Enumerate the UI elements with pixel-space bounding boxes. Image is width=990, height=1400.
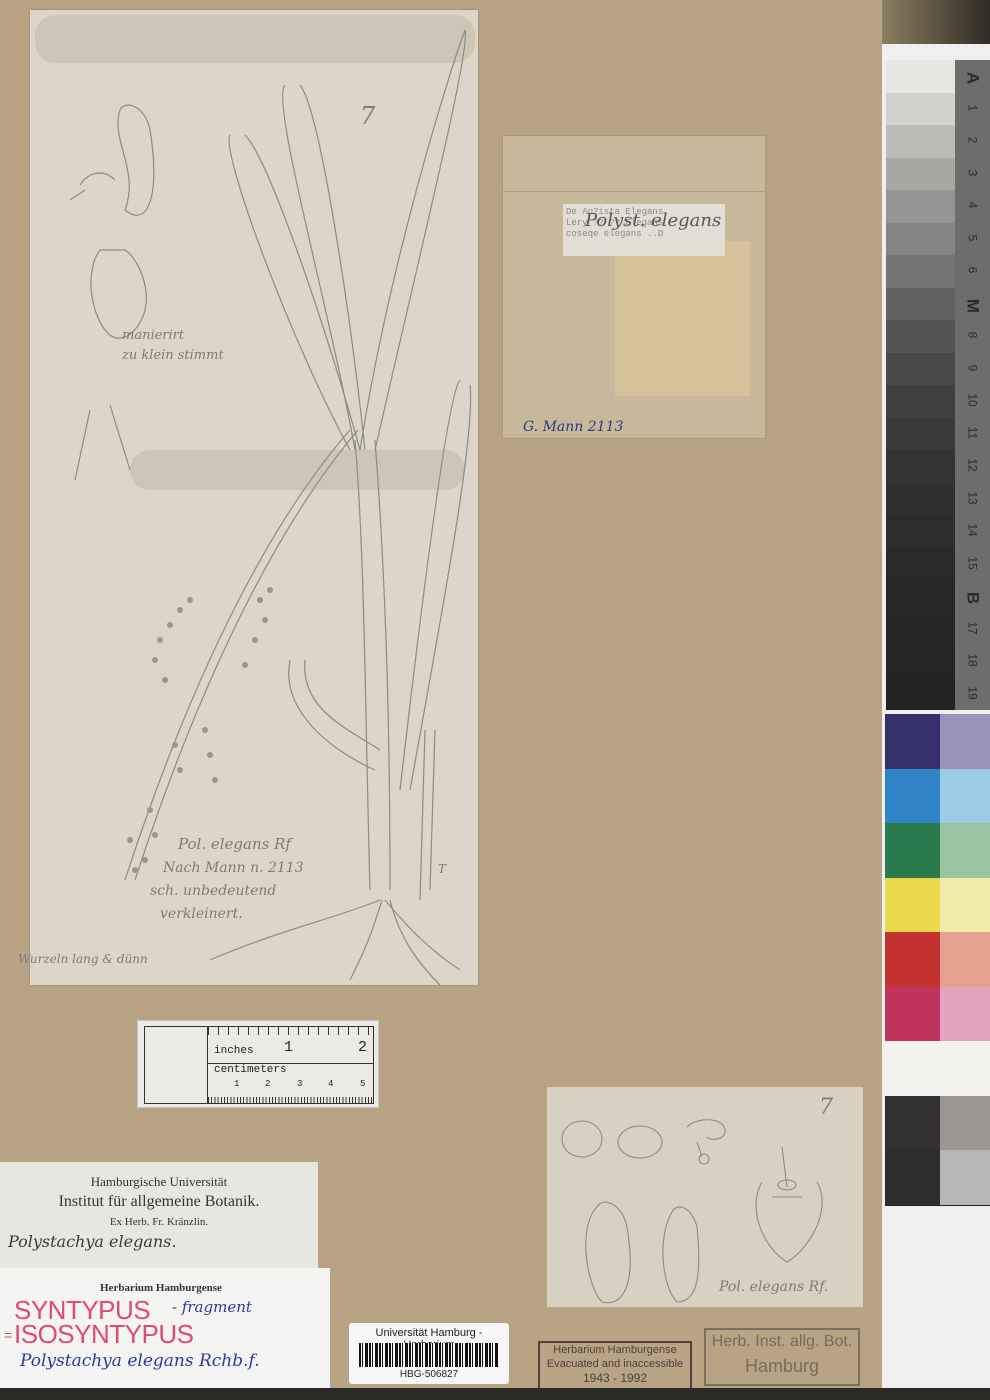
envelope-handwritten-name: Polyst. elegans <box>585 210 721 231</box>
inch-mark-2: 2 <box>358 1039 367 1056</box>
gray-patch-label: 6 <box>966 253 980 288</box>
herbarium-handwritten-name: Polystachya elegans Rchb.f. <box>20 1351 260 1371</box>
institute-university: Hamburgische Universität <box>0 1174 318 1190</box>
gray-patch-label: 17 <box>966 610 980 645</box>
card-caption: Pol. elegans Rf. <box>719 1279 828 1295</box>
gray-patch <box>886 678 955 711</box>
gray-patch-label: 2 <box>966 123 980 158</box>
gray-patch <box>886 645 955 678</box>
floral-dissection-card: 7 Pol. elegans Rf. <box>547 1087 863 1307</box>
evacuated-stamp-line1: Herbarium Hamburgense <box>540 1343 690 1357</box>
barcode-label: Universität Hamburg - Herbarium HBG-5068… <box>349 1323 509 1384</box>
gray-patch-label: 3 <box>966 155 980 190</box>
note-top-line2: zu klein stimmt <box>122 348 224 363</box>
gray-patch-label: 5 <box>966 220 980 255</box>
sheet-number: 7 <box>360 102 375 130</box>
gray-patch-label: 1 <box>966 90 980 125</box>
gray-patch <box>886 353 955 386</box>
gray-patch-label: 14 <box>966 513 980 548</box>
gray-patch <box>886 483 955 516</box>
ruler-blank-area <box>145 1027 208 1103</box>
gray-patch <box>886 320 955 353</box>
scan-edge-shadow <box>0 1388 990 1400</box>
cm-mark-4: 4 <box>328 1079 333 1089</box>
gray-patch <box>886 223 955 256</box>
color-patch-light <box>940 878 990 934</box>
herbarium-label-title: Herbarium Hamburgense <box>100 1282 222 1294</box>
barcode-number: HBG-506827 <box>349 1369 509 1380</box>
color-patch-light <box>940 1096 990 1152</box>
cm-mark-2: 2 <box>265 1079 270 1089</box>
color-patch-dark <box>885 1096 940 1152</box>
gray-patch-label: 18 <box>966 643 980 678</box>
fragment-envelope: De Ap?ista Elegans Lery ?? ?? Elegans co… <box>502 135 766 439</box>
color-patch-dark <box>885 987 940 1043</box>
gray-patch <box>886 613 955 646</box>
gray-patch-label: 11 <box>966 415 980 450</box>
inches-label: inches <box>214 1045 254 1057</box>
gray-patch <box>886 548 955 581</box>
color-patch-dark <box>885 932 940 988</box>
gray-patch-label: 4 <box>966 188 980 223</box>
inch-ticks <box>208 1027 373 1035</box>
color-patch-light <box>940 932 990 988</box>
evacuated-stamp-line2: Evacuated and inaccessible <box>540 1357 690 1371</box>
color-patch-dark <box>885 1150 940 1206</box>
scale-ruler: inches 1 2 centimeters 1 2 3 4 5 <box>137 1020 379 1108</box>
color-patch-dark <box>885 823 940 879</box>
note-main-line2: Nach Mann n. 2113 <box>163 860 304 876</box>
gray-patch <box>886 158 955 191</box>
herbarium-type-label: Herbarium Hamburgense SYNTYPUS - fragmen… <box>0 1268 330 1388</box>
gray-patch <box>886 190 955 223</box>
note-top-line1: manierirt <box>122 328 184 343</box>
color-patch-dark <box>885 714 940 770</box>
color-patch-dark <box>885 769 940 825</box>
envelope-flap <box>503 136 765 192</box>
isosyntypus-stamp: ISOSYNTYPUS <box>14 1322 193 1346</box>
color-patch-light <box>940 1041 990 1097</box>
flower-parts-illustration <box>547 1087 863 1307</box>
evacuated-stamp-line3: 1943 - 1992 <box>540 1371 690 1386</box>
color-patch-light <box>940 714 990 770</box>
color-patch-light <box>940 769 990 825</box>
card-number: 7 <box>819 1095 833 1120</box>
gray-patch-label: 13 <box>966 480 980 515</box>
gray-patch-label: 19 <box>966 675 980 710</box>
gray-patch <box>886 125 955 158</box>
color-patch-light <box>940 1150 990 1206</box>
evacuated-stamp: Herbarium Hamburgense Evacuated and inac… <box>538 1341 692 1391</box>
gray-patch <box>886 60 955 93</box>
gray-patch-label: 9 <box>966 350 980 385</box>
color-patch-light <box>940 987 990 1043</box>
gray-patch <box>886 450 955 483</box>
gray-patch-label: 15 <box>966 545 980 580</box>
note-main-line4: verkleinert. <box>160 906 243 922</box>
chart-clip <box>882 0 990 44</box>
note-main-line3: sch. unbedeutend <box>150 883 276 899</box>
gray-patch <box>886 255 955 288</box>
mm-ticks <box>208 1097 373 1103</box>
institute-handwritten-name: Polystachya elegans. <box>8 1232 176 1251</box>
institute-name: Institut für allgemeine Botanik. <box>0 1193 318 1211</box>
centimeters-label: centimeters <box>214 1064 287 1076</box>
cm-mark-1: 1 <box>234 1079 239 1089</box>
note-main-line1: Pol. elegans Rf <box>178 835 291 853</box>
color-patch-light <box>940 823 990 879</box>
equals-mark: = <box>4 1323 12 1347</box>
color-calibration-chart: A123456M89101112131415B171819 <box>882 0 990 1392</box>
collector-number: G. Mann 2113 <box>523 419 623 435</box>
color-patch-dark <box>885 1041 940 1097</box>
gray-patch <box>886 288 955 321</box>
institute-stamp-line1: Herb. Inst. allg. Bot. <box>706 1330 858 1354</box>
institute-provenance: Ex Herb. Fr. Kränzlin. <box>0 1216 318 1228</box>
envelope-window <box>615 241 750 396</box>
color-patch-dark <box>885 878 940 934</box>
gray-patch-label: 8 <box>966 318 980 353</box>
mark: T <box>438 862 446 876</box>
institute-stamp-line2: Hamburg <box>706 1354 858 1378</box>
barcode <box>359 1343 499 1367</box>
gray-patch <box>886 580 955 613</box>
gray-patch <box>886 418 955 451</box>
cm-mark-3: 3 <box>297 1079 302 1089</box>
botanical-drawing-sheet: 7 manierirt zu klein stimmt Pol. elegans… <box>30 10 478 985</box>
gray-patch <box>886 515 955 548</box>
inch-mark-1: 1 <box>284 1039 293 1056</box>
institute-stamp: Herb. Inst. allg. Bot. Hamburg <box>704 1328 860 1386</box>
gray-patch-label: 10 <box>966 383 980 418</box>
note-bottom: Wurzeln lang & dünn <box>18 952 148 966</box>
gray-patch <box>886 93 955 126</box>
cm-mark-5: 5 <box>360 1079 365 1089</box>
gray-patch-label: 12 <box>966 448 980 483</box>
fragment-note: - fragment <box>172 1298 252 1316</box>
gray-patch <box>886 385 955 418</box>
